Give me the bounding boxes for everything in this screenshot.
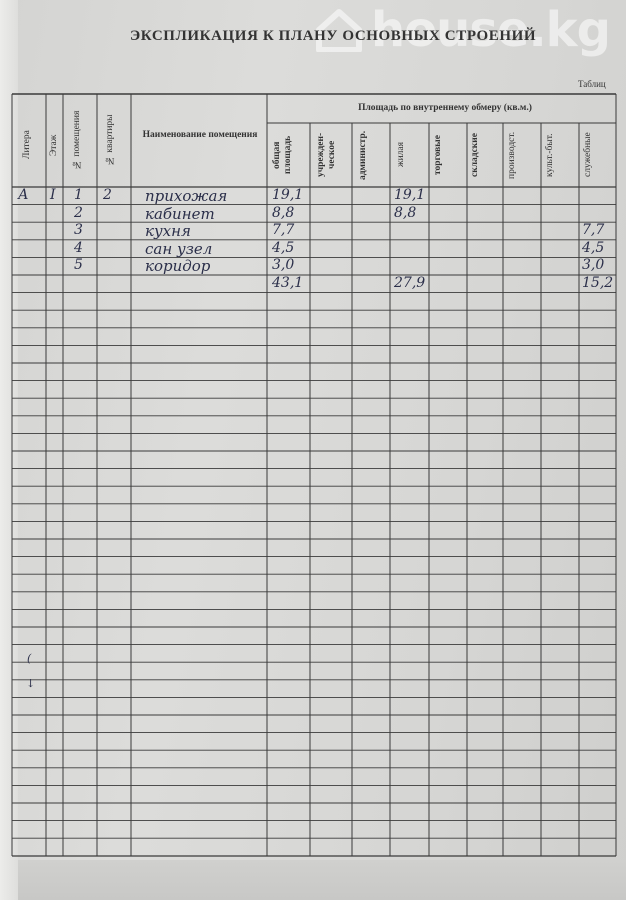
- col-header-total: общая площадь: [272, 126, 302, 184]
- cell-room-no: 3: [74, 222, 83, 238]
- cell-room-no: 1: [74, 187, 83, 203]
- cell-total: 7,7: [272, 222, 294, 238]
- cell-room-name: сан узел: [145, 240, 212, 258]
- cell-service: 7,7: [582, 222, 604, 238]
- cell-apt-no: 2: [103, 187, 112, 203]
- col-header-area-group: Площадь по внутреннему обмеру (кв.м.): [290, 103, 600, 114]
- col-header-room-no: № помещения: [72, 100, 86, 180]
- cell-total: 19,1: [272, 187, 303, 203]
- margin-mark: ↓: [26, 677, 35, 690]
- cell-room-no: 4: [74, 240, 83, 256]
- col-header-room-name: Наименование помещения: [140, 130, 260, 141]
- col-header-apt-no: № квартиры: [105, 100, 119, 180]
- cell-living: 19,1: [394, 187, 425, 203]
- col-header-cultural: культ.-быт.: [545, 126, 571, 184]
- cell-room-name: кабинет: [145, 205, 215, 223]
- col-header-service: служебные: [583, 126, 609, 184]
- cell-service: 3,0: [582, 257, 604, 273]
- col-header-admin: администр.: [358, 126, 384, 184]
- cell-room-name: коридор: [145, 257, 210, 275]
- col-header-litera: Литера: [22, 110, 38, 180]
- cell-room-name: кухня: [145, 222, 191, 240]
- cell-room-no: 2: [74, 205, 83, 221]
- margin-mark: (: [27, 652, 31, 665]
- cell-room-no: 5: [74, 257, 83, 273]
- col-header-living: жилая: [396, 126, 422, 184]
- cell-living: 8,8: [394, 205, 416, 221]
- cell-room-name: прихожая: [145, 187, 227, 205]
- cell-floor: I: [50, 187, 56, 203]
- total-service: 15,2: [582, 275, 613, 291]
- col-header-institutional: учрежден-ческое: [316, 126, 346, 184]
- col-header-floor: Этаж: [49, 110, 61, 180]
- col-header-trade: торговые: [433, 126, 459, 184]
- col-header-production: производст.: [507, 126, 533, 184]
- cell-total: 8,8: [272, 205, 294, 221]
- cell-total: 3,0: [272, 257, 294, 273]
- cell-litera: А: [18, 187, 29, 203]
- total-total: 43,1: [272, 275, 303, 291]
- cell-service: 4,5: [582, 240, 604, 256]
- page-shadow: [18, 860, 626, 900]
- total-living: 27,9: [394, 275, 425, 291]
- col-header-storage: складские: [470, 126, 496, 184]
- cell-total: 4,5: [272, 240, 294, 256]
